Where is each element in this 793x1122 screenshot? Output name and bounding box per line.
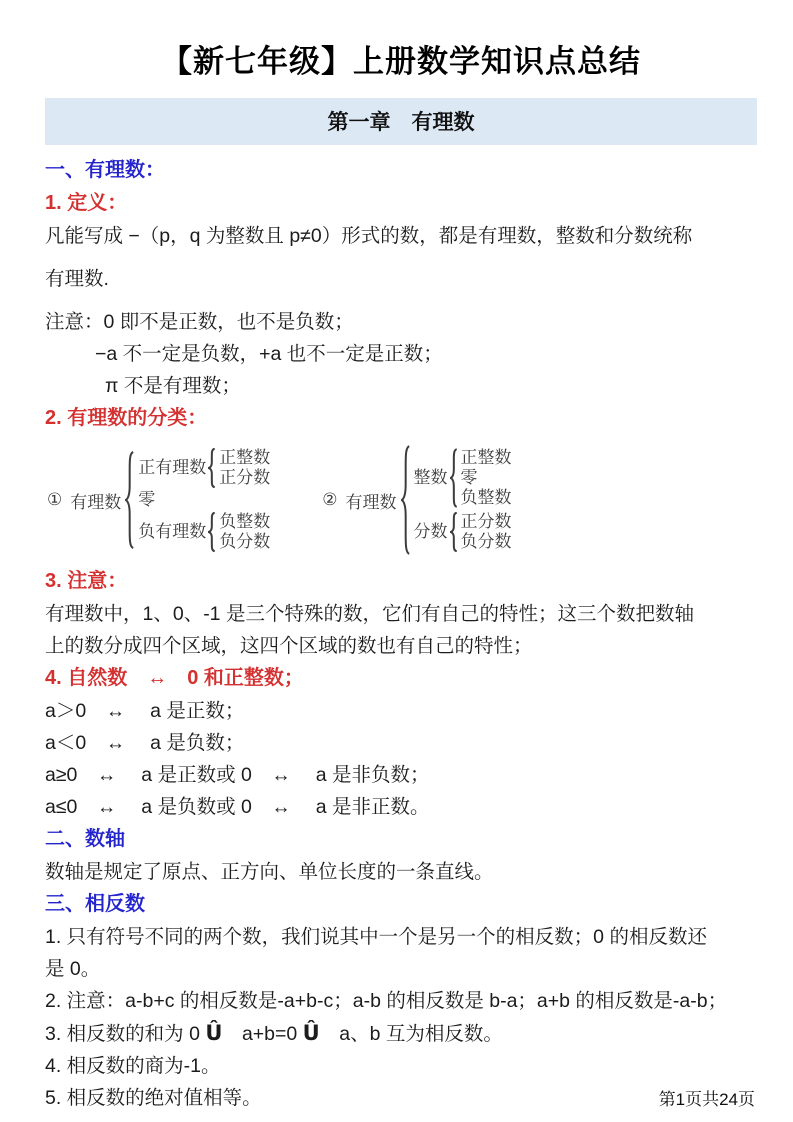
opposite-line-5: 5. 相反数的绝对值相等。 [45, 1082, 757, 1114]
diagram1-leaf: 正整数 [219, 448, 270, 468]
brace-icon [450, 448, 459, 508]
subheading-natural-numbers: 4. 自然数 ↔ 0 和正整数； [45, 662, 757, 695]
opposite-line-3-text: a、b 互为相反数。 [320, 1023, 503, 1045]
classification-diagram-1: ① 有理数 正有理数 正整数 正分数 零 [47, 447, 270, 553]
opposite-line-1a: 1. 只有符号不同的两个数，我们说其中一个是另一个的相反数；0 的相反数还 [45, 921, 757, 953]
diagram1-root-label: 有理数 [70, 488, 121, 513]
classification-diagram-2: ② 有理数 整数 正整数 零 负整数 分数 [322, 444, 511, 556]
opposite-line-3-text: 3. 相反数的和为 0 [45, 1023, 205, 1045]
brace-icon [208, 448, 217, 488]
double-arrow-symbol: Û [303, 1021, 320, 1045]
document-page: 【新七年级】上册数学知识点总结 第一章 有理数 一、有理数： 1. 定义： 凡能… [0, 0, 793, 1122]
diagram1-leaf: 负分数 [219, 532, 270, 552]
axis-definition-line: 数轴是规定了原点、正方向、单位长度的一条直线。 [45, 856, 757, 888]
brace-icon [401, 444, 412, 556]
diagram1-positive-label: 正有理数 [138, 458, 206, 478]
diagram2-root-label: 有理数 [346, 488, 397, 513]
section-heading-number-axis: 二、数轴 [45, 823, 757, 856]
subheading-classification: 2. 有理数的分类： [45, 402, 757, 435]
note-line-2: −a 不一定是负数，+a 也不一定是正数； [45, 338, 757, 370]
relation-line-1: a＞0 ↔ a 是正数； [45, 695, 757, 727]
circled-number-1: ① [47, 490, 62, 510]
definition-line-2: 有理数. [45, 263, 757, 295]
subheading-attention: 3. 注意： [45, 565, 757, 598]
opposite-line-2: 2. 注意：a-b+c 的相反数是-a+b-c；a-b 的相反数是 b-a；a+… [45, 985, 757, 1017]
opposite-line-3-text: a+b=0 [222, 1023, 302, 1045]
diagram2-leaf: 零 [461, 468, 512, 488]
diagram1-leaf: 负整数 [219, 512, 270, 532]
double-arrow-symbol: Û [205, 1021, 222, 1045]
attention-line-2: 上的数分成四个区域，这四个区域的数也有自己的特性； [45, 630, 757, 662]
note-line-1: 注意：0 即不是正数，也不是负数； [45, 306, 757, 338]
definition-line-1: 凡能写成 −（p，q 为整数且 p≠0）形式的数，都是有理数，整数和分数统称 [45, 220, 757, 252]
diagram1-leaf: 正分数 [219, 468, 270, 488]
diagram2-leaf: 负整数 [461, 488, 512, 508]
section-heading-rational: 一、有理数： [45, 154, 757, 187]
brace-icon [450, 512, 459, 552]
diagram2-integer-label: 整数 [414, 468, 448, 488]
diagram2-fraction-label: 分数 [414, 522, 448, 542]
opposite-line-3: 3. 相反数的和为 0 Û a+b=0 Û a、b 互为相反数。 [45, 1017, 757, 1050]
classification-diagrams: ① 有理数 正有理数 正整数 正分数 零 [47, 441, 757, 559]
brace-icon [208, 512, 217, 552]
chapter-header: 第一章 有理数 [45, 98, 757, 145]
section-heading-opposite-numbers: 三、相反数 [45, 888, 757, 921]
diagram1-zero-label: 零 [138, 490, 155, 510]
relation-line-2: a＜0 ↔ a 是负数； [45, 727, 757, 759]
opposite-line-4: 4. 相反数的商为-1。 [45, 1050, 757, 1082]
brace-icon [125, 450, 136, 550]
subheading-definition: 1. 定义： [45, 187, 757, 220]
page-title: 【新七年级】上册数学知识点总结 [45, 42, 757, 82]
relation-line-3: a≥0 ↔ a 是正数或 0 ↔ a 是非负数； [45, 759, 757, 791]
page-number: 第1页共24页 [659, 1085, 755, 1110]
circled-number-2: ② [322, 490, 337, 510]
diagram2-leaf: 负分数 [461, 532, 512, 552]
diagram2-leaf: 正整数 [461, 448, 512, 468]
opposite-line-1b: 是 0。 [45, 953, 757, 985]
note-line-3: π 不是有理数； [45, 370, 757, 402]
attention-line-1: 有理数中，1、0、-1 是三个特殊的数，它们有自己的特性；这三个数把数轴 [45, 598, 757, 630]
diagram1-negative-label: 负有理数 [138, 522, 206, 542]
diagram2-leaf: 正分数 [461, 512, 512, 532]
relation-line-4: a≤0 ↔ a 是负数或 0 ↔ a 是非正数。 [45, 791, 757, 823]
